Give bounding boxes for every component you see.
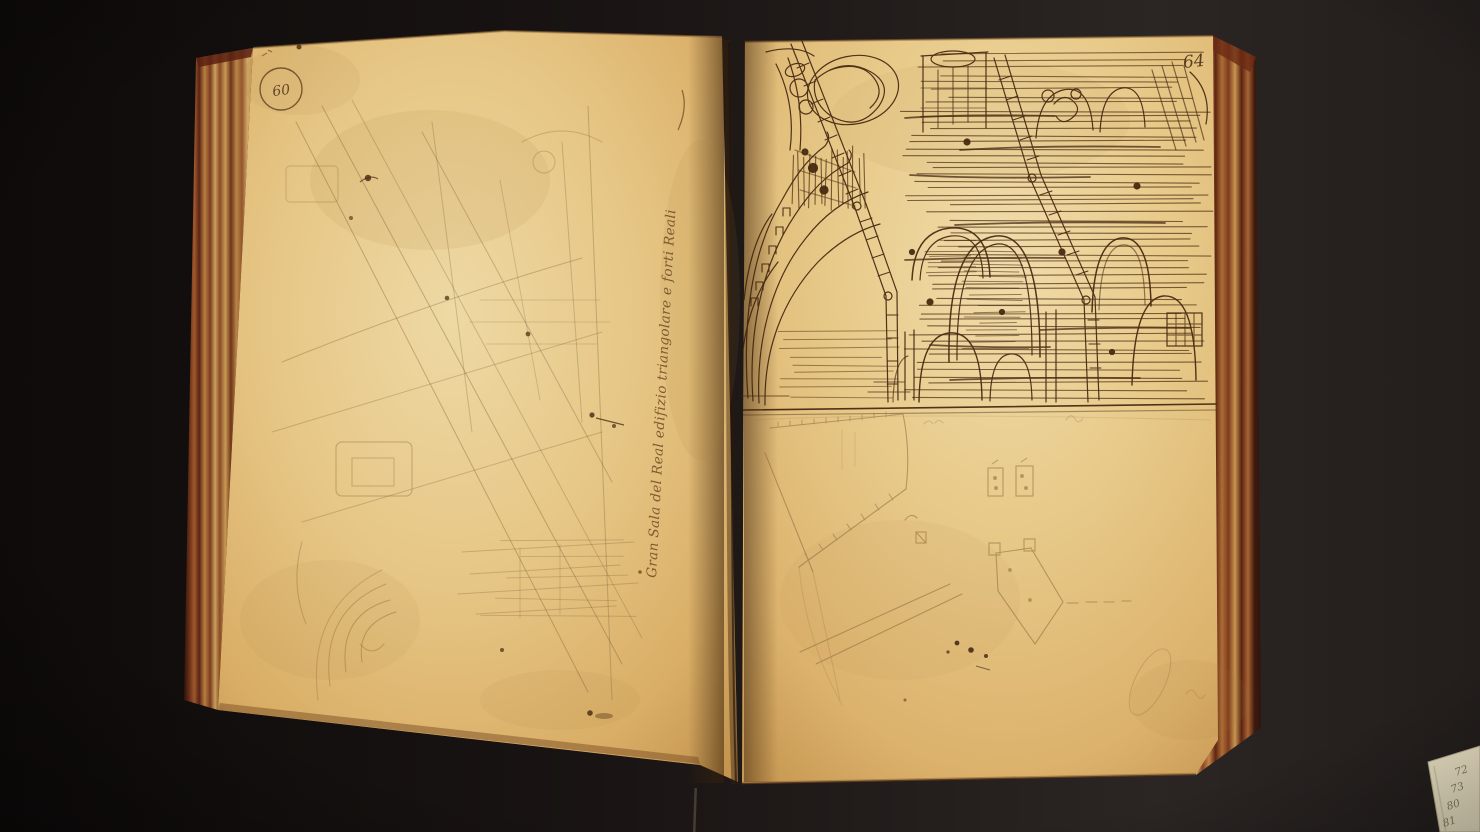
photo-canvas: 60	[0, 0, 1480, 832]
stamp-number: 60	[271, 82, 291, 100]
page-number: 64	[1182, 51, 1206, 73]
ink-fleck	[297, 45, 302, 50]
gutter-shade-right	[744, 40, 778, 782]
book: 60	[184, 31, 1261, 784]
sketchbook-photo: 60	[0, 0, 1480, 832]
